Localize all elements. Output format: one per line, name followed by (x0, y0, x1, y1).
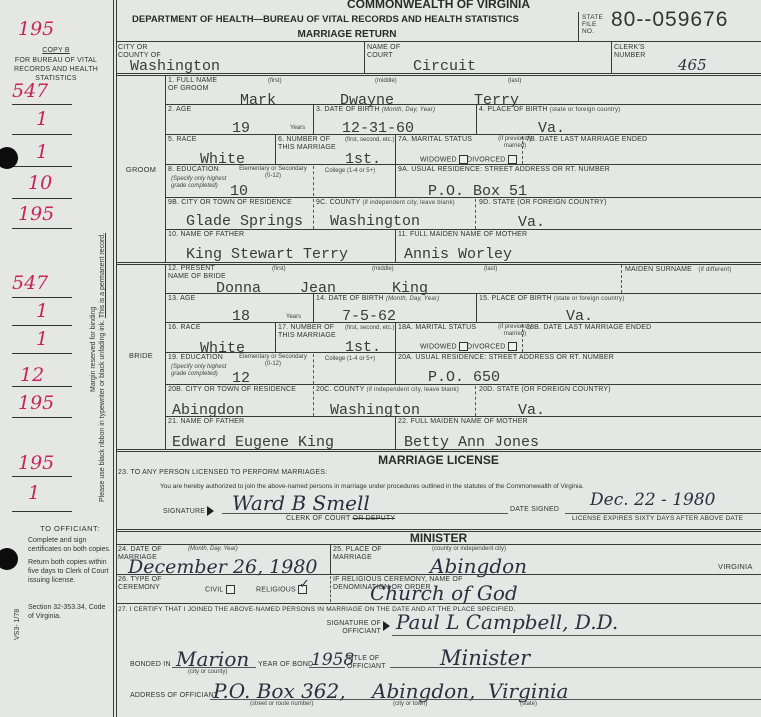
license-expiry-note: LICENSE EXPIRES SIXTY DAYS AFTER ABOVE D… (572, 515, 743, 523)
groom-state-label: 9d. STATE (OR FOREIGN COUNTRY) (479, 199, 607, 207)
bride-name-label: 12. PRESENT NAME OF BRIDE (168, 265, 228, 281)
bride-residence-label: 20a. USUAL RESIDENCE: STREET ADDRESS OR … (398, 354, 614, 362)
bond-year-label: YEAR OF BOND (258, 661, 313, 669)
groom-father-label: 10. NAME OF FATHER (168, 231, 244, 239)
bride-mother-label: 22. FULL MAIDEN NAME OF MOTHER (398, 418, 528, 426)
form-code: VS3- 1/78 (14, 609, 21, 640)
groom-race-label: 5. RACE (168, 136, 197, 144)
bride-first-name: Donna (216, 280, 261, 297)
bride-age-label: 13. AGE (168, 295, 195, 303)
ceremony-type-label: 26. TYPE OF CEREMONY (118, 576, 168, 592)
red-code: 1 (36, 108, 48, 130)
red-code: 195 (18, 452, 54, 474)
red-code: 12 (20, 364, 44, 386)
clerk-number-value: 465 (678, 56, 707, 74)
officiant-signature-label: SIGNATURE OF OFFICIANT (326, 620, 381, 636)
section-reference: Section 32-353.34, Code of Virginia. (28, 603, 112, 621)
groom-name-label: 1. FULL NAME OF GROOM (168, 77, 223, 93)
state-file-number: 80--059676 (611, 8, 728, 32)
license-item-23: 23. TO ANY PERSON LICENSED TO PERFORM MA… (118, 469, 327, 477)
bride-marriage-number: 1st. (345, 339, 381, 356)
department-title: DEPARTMENT OF HEALTH—BUREAU OF VITAL REC… (132, 14, 519, 25)
red-code: 547 (12, 80, 48, 102)
officiant-heading: TO OFFICIANT: (28, 524, 112, 533)
groom-county: Washington (330, 213, 420, 230)
groom-marital-label: 7a. MARITAL STATUS (398, 136, 472, 144)
binding-note: Margin reserved for binding (90, 307, 97, 392)
bride-dob-label: 14. DATE OF BIRTH (Month, Day, Year) (316, 295, 439, 303)
bride-section-label: BRIDE (118, 352, 164, 360)
maiden-surname-label: MAIDEN SURNAME (if different) (625, 266, 731, 274)
officiant-address-label: ADDRESS OF OFFICIANT (130, 692, 218, 700)
groom-marriage-number: 1st. (345, 151, 381, 168)
groom-residence-label: 9a. USUAL RESIDENCE: STREET ADDRESS OR R… (398, 166, 610, 174)
bride-state-label: 20d. STATE (OR FOREIGN COUNTRY) (479, 386, 611, 394)
bonded-in-label: BONDED IN (130, 661, 171, 669)
groom-county-label: 9c. COUNTY (if independent city, leave b… (316, 199, 455, 207)
copy-label: COPY B (0, 47, 112, 55)
religious-checkbox[interactable]: RELIGIOUS✓ (256, 585, 307, 594)
groom-first-name: Mark (240, 92, 276, 109)
groom-education-label: 8. EDUCATION (168, 166, 219, 174)
groom-mother: Annis Worley (404, 246, 512, 263)
groom-date-ended-label: 7b. DATE LAST MARRIAGE ENDED (526, 136, 647, 144)
red-code: 1 (36, 300, 48, 322)
officiant-note: Complete and sign certificates on both c… (28, 536, 112, 554)
bride-date-ended-label: 18b. DATE LAST MARRIAGE ENDED (526, 324, 651, 332)
clerk-signature: Ward B Smell (232, 491, 370, 515)
red-code: 1 (36, 141, 48, 163)
groom-section-label: GROOM (118, 166, 164, 174)
officiant-signature: Paul L Campbell, D.D. (396, 610, 618, 634)
license-authorization: You are hereby authorized to join the ab… (160, 483, 584, 490)
license-title: MARRIAGE LICENSE (116, 453, 761, 467)
civil-checkbox[interactable]: CIVIL (205, 585, 235, 594)
bride-race-label: 16. RACE (168, 324, 201, 332)
clerk-caption: CLERK OF COURT OR DEPUTY (286, 515, 395, 523)
red-code: 1 (28, 482, 40, 504)
clerk-number-label: CLERK'S NUMBER (614, 44, 664, 60)
denomination: Church of God (370, 581, 518, 605)
date-signed-label: DATE SIGNED (510, 506, 559, 514)
groom-dob-label: 3. DATE OF BIRTH (Month, Day, Year) (316, 106, 435, 114)
groom-city-label: 9b. CITY OR TOWN OF RESIDENCE (168, 199, 292, 207)
court-name-label: NAME OF COURT (367, 44, 412, 60)
ink-note: Please use black ribbon in typewriter or… (99, 233, 106, 502)
copy-description: FOR BUREAU OF VITAL RECORDS AND HEALTH S… (0, 55, 112, 83)
groom-mother-label: 11. FULL MAIDEN NAME OF MOTHER (398, 231, 527, 239)
red-code-top: 195 (18, 18, 54, 40)
bride-city-label: 20b. CITY OR TOWN OF RESIDENCE (168, 386, 296, 394)
bride-county-label: 20c. COUNTY (if independent city, leave … (316, 386, 459, 394)
groom-age-label: 2. AGE (168, 106, 191, 114)
groom-number-label: 6. NUMBER OF THIS MARRIAGE (278, 136, 338, 152)
groom-pob-label: 4. PLACE OF BIRTH (state or foreign coun… (479, 106, 620, 114)
bride-widowed-checkbox[interactable]: WIDOWED (420, 342, 468, 351)
red-code: 195 (18, 203, 54, 225)
certificate-title: Minister (116, 531, 761, 545)
groom-divorced-checkbox[interactable]: DIVORCED (467, 155, 517, 164)
groom-father: King Stewart Terry (186, 246, 348, 263)
signature-label: SIGNATURE (163, 506, 214, 516)
state-file-label: STATE FILE NO. (582, 14, 608, 35)
officiant-title-label: TITLE OF OFFICIANT (347, 655, 392, 671)
date-signed: Dec. 22 - 1980 (590, 490, 715, 510)
bride-divorced-checkbox[interactable]: DIVORCED (467, 342, 517, 351)
bride-father-label: 21. NAME OF FATHER (168, 418, 244, 426)
arrow-icon (383, 621, 390, 631)
marriage-state: VIRGINIA (718, 563, 753, 571)
bride-number-label: 17. NUMBER OF THIS MARRIAGE (278, 324, 340, 340)
red-code: 1 (36, 328, 48, 350)
form-title: MARRIAGE RETURN (116, 29, 578, 40)
marriage-place-label: 25. PLACE OF MARRIAGE (333, 546, 385, 562)
officiant-note: Return both copies within five days to C… (28, 558, 112, 585)
groom-widowed-checkbox[interactable]: WIDOWED (420, 155, 468, 164)
permanent-record-note: This is a permanent record. (99, 233, 106, 318)
red-code: 547 (12, 272, 48, 294)
bride-education-label: 19. EDUCATION (168, 354, 223, 362)
arrow-icon (207, 506, 214, 516)
bride-pob-label: 15. PLACE OF BIRTH (state or foreign cou… (479, 295, 624, 303)
punch-hole (0, 548, 18, 570)
bride-marital-label: 18a. MARITAL STATUS (398, 324, 476, 332)
red-code: 195 (18, 392, 54, 414)
groom-city: Glade Springs (186, 213, 303, 230)
red-code: 10 (28, 172, 52, 194)
